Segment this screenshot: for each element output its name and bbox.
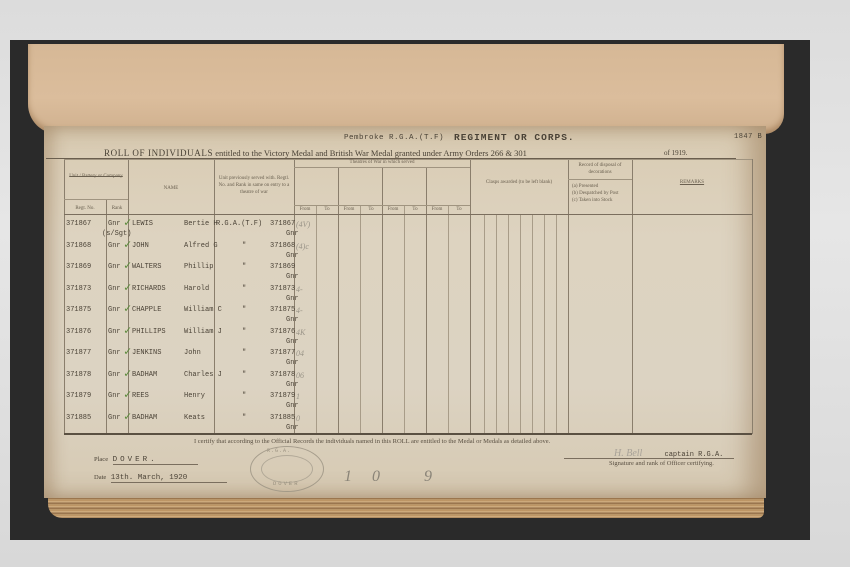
page-reference: 1847 B xyxy=(734,133,762,141)
tick-mark-icon: ✓ xyxy=(124,237,131,252)
header-theatres: Theatres of War in which served xyxy=(294,159,470,166)
table-row: 371877 Gnr ✓ JENKINS John " 371877 Gnr 0… xyxy=(64,345,752,367)
tick-mark-icon: ✓ xyxy=(124,344,131,359)
facing-page xyxy=(28,44,784,134)
date-field: Date 13th. March, 1920 xyxy=(94,474,227,483)
table-row: 371876 Gnr ✓ PHILLIPS William J " 371876… xyxy=(64,324,752,346)
signature-caption: Signature and rank of Officer certifying… xyxy=(609,460,714,467)
signature-line xyxy=(564,458,734,459)
stamp-icon: R.G.A. DOVER xyxy=(250,446,324,492)
header-record-disposal: Record of disposal of decorations xyxy=(568,162,632,176)
header-unit-struck: Unit / Battery or Company xyxy=(66,173,126,180)
table-row: 371873 Gnr ✓ RICHARDS Harold " 371873 Gn… xyxy=(64,281,752,303)
unit-name: Pembroke R.G.A.(T.F) xyxy=(344,134,444,142)
tick-mark-icon: ✓ xyxy=(124,387,131,402)
place-field: Place DOVER. xyxy=(94,456,198,465)
table-row: 371869 Gnr ✓ WALTERS Phillip " 371869 Gn… xyxy=(64,259,752,281)
table-row: 371879 Gnr ✓ REES Henry " 371879 Gnr 1 xyxy=(64,388,752,410)
roll-table: Unit / Battery or Company Regt. No. Rank… xyxy=(64,159,752,434)
handwritten-number: 10 9 xyxy=(344,468,452,486)
table-row: 371878 Gnr ✓ BADHAM Charles J " 371878 G… xyxy=(64,367,752,389)
regiment-label: REGIMENT OR CORPS. xyxy=(454,132,575,143)
header-regt-no: Regt. No. xyxy=(64,205,106,212)
tick-mark-icon: ✓ xyxy=(124,366,131,381)
tick-mark-icon: ✓ xyxy=(124,323,131,338)
tick-mark-icon: ✓ xyxy=(124,301,131,316)
table-row: 371875 Gnr ✓ CHAPPLE William C " 371875 … xyxy=(64,302,752,324)
tick-mark-icon: ✓ xyxy=(124,258,131,273)
table-row: 371885 Gnr ✓ BADHAM Keats " 371885 Gnr 0 xyxy=(64,410,752,432)
tick-mark-icon: ✓ xyxy=(124,280,131,295)
header-remarks: REMARKS xyxy=(632,179,752,186)
table-row: 371867 Gnr (s/Sgt) ✓ LEWIS Bertie H R.G.… xyxy=(64,216,752,238)
page-header: Pembroke R.G.A.(T.F) REGIMENT OR CORPS. … xyxy=(44,132,766,146)
header-name: NAME xyxy=(128,185,214,192)
header-rank: Rank xyxy=(106,205,128,212)
medal-roll-page: Pembroke R.G.A.(T.F) REGIMENT OR CORPS. … xyxy=(44,126,766,498)
header-prev-unit: Unit previously served with. Regtl. No. … xyxy=(216,175,292,196)
tick-mark-icon: ✓ xyxy=(124,409,131,424)
tick-mark-icon: ✓ xyxy=(124,215,131,230)
title-year: of 1919. xyxy=(664,149,687,157)
header-clasps: Clasps awarded (to be left blank) xyxy=(470,179,568,186)
certification-text: I certify that according to the Official… xyxy=(194,438,550,445)
table-row: 371868 Gnr ✓ JOHN Alfred G " 371868 Gnr … xyxy=(64,238,752,260)
